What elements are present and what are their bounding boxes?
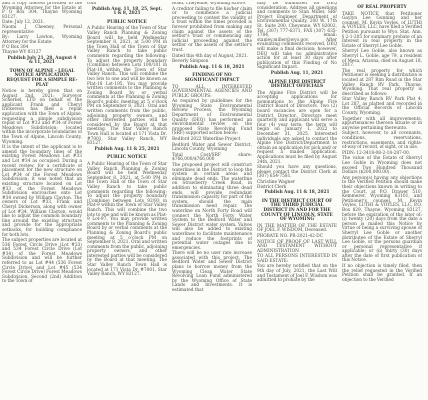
notice-paragraph: By: Larry Lawton, Wyoming Attorney for t… (2, 36, 82, 45)
notice-heading: ALPINE FIRE DISTRICT DISTRICT OFFICIALS (260, 81, 334, 90)
publish-line: Publish Aug. 11, 18, 25, Sept. 1 & 8, 20… (91, 8, 163, 17)
notice-paragraph: Together with all improvements, appurten… (342, 118, 422, 132)
notice-paragraph: A Public Hearing of the Town of Star Val… (87, 163, 167, 278)
notice-paragraph: TO ALL PERSONS INTERESTED IN SAID ESTATE… (257, 255, 337, 264)
notice-heading: FINDING OF NO SIGNIFICANT IMPACT (175, 74, 249, 83)
notice-paragraph: Naomi J Cheeney, Personal representative (2, 26, 82, 35)
notice-column-2: comPublish Aug. 11, 18, 25, Sept. 1 & 8,… (87, 2, 167, 400)
notice-line: com (87, 2, 167, 7)
legal-notices-page: and a copy thereof provided to the Wyomi… (0, 0, 428, 400)
notice-paragraph: TAKE NOTICE that Petitioner Gaylyn Lee G… (342, 13, 422, 50)
notice-paragraph: Star Valley Ranch RV Park Plat 4, Lot 28… (342, 98, 422, 116)
notice-heading: IN THE DISTRICT COURT OF THE THIRD JUDIC… (260, 200, 334, 223)
notice-column-1: and a copy thereof provided to the Wyomi… (2, 2, 82, 400)
notice-paragraph: A Public Hearing of the Town of Star Val… (87, 27, 167, 146)
notice-paragraph: Subject, however, to all covenants, cond… (342, 132, 422, 150)
notice-paragraph: The subject properties are located at 53… (2, 239, 82, 285)
notice-paragraph: It is the intent of the applicant is to … (2, 146, 82, 238)
notice-paragraph: Any person(s) having any objections to t… (342, 177, 422, 264)
notice-paragraph: Bedford Water and Sewer District, Lincol… (172, 144, 252, 153)
notice-paragraph: The real property for which Petitioner i… (342, 70, 422, 98)
notice-paragraph: IN THE MATTER OF THE ESTATE OF JOEL F. W… (257, 225, 337, 234)
notice-paragraph: Sherryl Lee Goble, also known as Sherryl… (342, 50, 422, 68)
notice-paragraph: The value of the Estate of Sherryl Lee G… (342, 157, 422, 175)
publish-line: Publish Aug. 11 & 18, 2021 (261, 191, 333, 196)
notice-paragraph: As required by guidelines for the Wyomin… (172, 100, 252, 137)
publish-line: Publish July 21, 28, August 4 & 11, 2021 (6, 57, 78, 66)
notice-heading: OF REAL PROPERTY (345, 6, 419, 11)
notice-paragraph: PROBATE NO. PR-2021-42-DC (257, 235, 337, 240)
publish-line: Publish Aug. 11, 2021 (261, 72, 333, 77)
notice-heading: TOWN OF ALPINE – LEGAL NOTICE APPLICATIO… (5, 70, 79, 88)
notice-heading: PUBLIC NOTICE (90, 156, 164, 161)
notice-column-5: OF REAL PROPERTYTAKE NOTICE that Petitio… (342, 2, 422, 400)
notice-column-4: may be submitted for DEQ consideration. … (257, 2, 337, 400)
notice-paragraph: NOTICE OF PROOF OF LAST WILL AND TESTAME… (257, 241, 337, 255)
notice-paragraph: and a copy thereof provided to the Wyomi… (2, 2, 82, 20)
notice-paragraph: There will be no user rate increase asso… (172, 252, 252, 293)
notice-paragraph: Should you have any questions, please co… (257, 166, 337, 180)
notice-paragraph: TO ALL INTERESTED GOVERNMENTAL AGENCIES … (172, 86, 252, 100)
notice-paragraph: The proposed project will construct wate… (172, 164, 252, 251)
notice-paragraph: You are hereby notified that on the 9th … (257, 265, 337, 283)
publish-line: Publish Aug. 11 & 18, 2021 (176, 66, 248, 71)
publish-line: Publish Aug. 11 & 25, 2021 (91, 148, 163, 153)
notice-columns: and a copy thereof provided to the Wyomi… (2, 2, 426, 400)
notice-paragraph: A creditor failing to file his/her claim… (172, 8, 252, 54)
notice-paragraph: may be submitted for DEQ consideration. … (257, 2, 337, 71)
notice-heading: PUBLIC NOTICE (90, 21, 164, 26)
notice-paragraph: Road, Cheyenne, Wyoming 82009. (172, 2, 252, 7)
notice-paragraph: The Alpine Fire District will be accepti… (257, 92, 337, 166)
notice-column-3: Road, Cheyenne, Wyoming 82009.A creditor… (172, 2, 252, 400)
notice-line: Thayne WY 83127 (2, 51, 82, 56)
notice-paragraph: Total Cost/SRF share: $766,000/$766,000 (172, 154, 252, 163)
notice-paragraph: Notice is hereby given that on August 2n… (2, 90, 82, 145)
notice-paragraph: Bedford 2022 Waterline Project (172, 138, 252, 143)
notice-paragraph: If no objection is timely filed, then th… (342, 265, 422, 283)
